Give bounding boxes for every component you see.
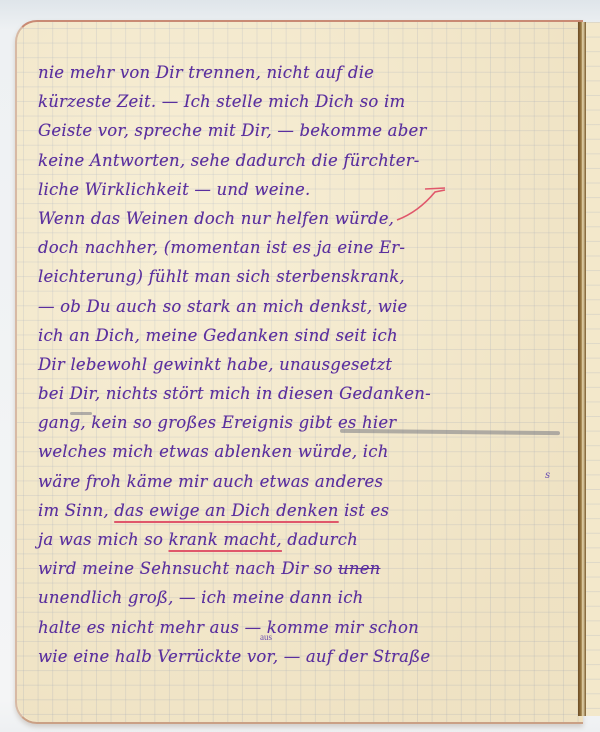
text-line: Dir lebewohl gewinkt habe, unausgesetzt <box>38 350 568 379</box>
text-line: Geiste vor, spreche mit Dir, — bekomme a… <box>38 116 568 145</box>
text-line: — ob Du auch so stark an mich denkst, wi… <box>38 292 568 321</box>
text-segment: dadurch <box>282 530 358 549</box>
text-line: wie eine halb Verrückte vor, — auf der S… <box>38 642 568 671</box>
text-line: ja was mich so krank macht, dadurch <box>38 525 568 554</box>
text-line: nie mehr von Dir trennen, nicht auf die <box>38 58 568 87</box>
text-segment: im Sinn, <box>38 501 114 520</box>
red-underlined-phrase: krank macht, <box>169 530 282 549</box>
text-line: bei Dir, nichts stört mich in diesen Ged… <box>38 379 568 408</box>
notebook-spine <box>578 22 586 716</box>
text-line: halte es nicht mehr aus — komme mir scho… <box>38 613 568 642</box>
text-segment: ja was mich so <box>38 530 169 549</box>
text-line: gang, kein so großes Ereignis gibt es hi… <box>38 408 568 437</box>
text-segment: wird meine Sehnsucht nach Dir so <box>38 559 338 578</box>
red-underlined-phrase: das ewige an Dich denken <box>114 501 338 520</box>
text-line: im Sinn, das ewige an Dich denken ist es <box>38 496 568 525</box>
handwritten-text-block: nie mehr von Dir trennen, nicht auf die … <box>38 58 568 671</box>
text-line: doch nachher, (momentan ist es ja eine E… <box>38 233 568 262</box>
text-line: unendlich groß, — ich meine dann ich <box>38 583 568 612</box>
text-line: keine Antworten, sehe dadurch die fürcht… <box>38 146 568 175</box>
text-line: ich an Dich, meine Gedanken sind seit ic… <box>38 321 568 350</box>
facing-page-edge <box>586 22 600 716</box>
text-line: leichterung) fühlt man sich sterbenskran… <box>38 262 568 291</box>
text-line: kürzeste Zeit. — Ich stelle mich Dich so… <box>38 87 568 116</box>
text-segment: ist es <box>339 501 390 520</box>
text-line: wird meine Sehnsucht nach Dir so unen <box>38 554 568 583</box>
text-line: Wenn das Weinen doch nur helfen würde, <box>38 204 568 233</box>
struck-word: unen <box>338 559 380 578</box>
interlinear-insertion: aus <box>260 633 272 642</box>
text-line: liche Wirklichkeit — und weine. <box>38 175 568 204</box>
text-line: wäre froh käme mir auch etwas anderes <box>38 467 568 496</box>
text-line: welches mich etwas ablenken würde, ich <box>38 437 568 466</box>
scanned-notebook-scene: nie mehr von Dir trennen, nicht auf die … <box>0 0 600 732</box>
margin-insertion: s <box>545 470 550 481</box>
